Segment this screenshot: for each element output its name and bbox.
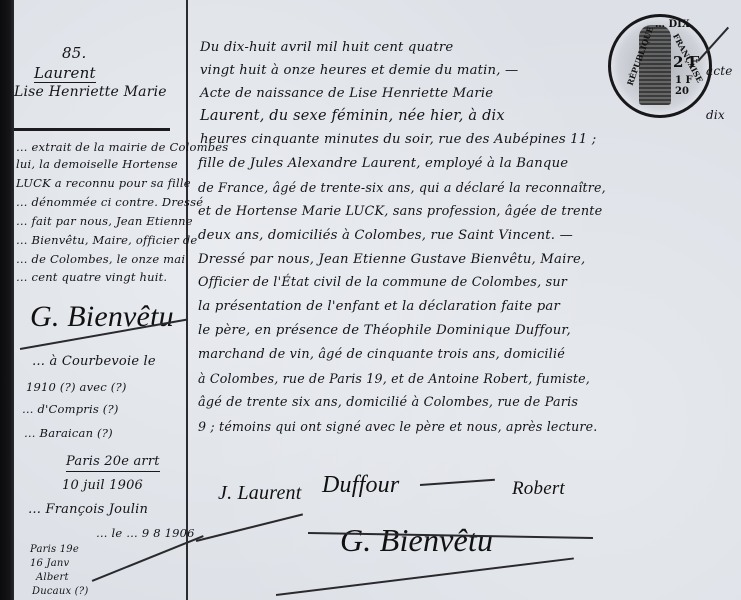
body-line: Laurent, du sexe féminin, née hier, à di… <box>200 108 505 124</box>
mention-line: Ducaux (?) <box>32 582 88 600</box>
body-line: Acte de naissance de Lise Henriette Mari… <box>200 86 493 101</box>
stamp-top-text: … DIX <box>655 19 690 30</box>
margin-note-line: … dénommée ci contre. Dressé <box>16 193 203 212</box>
body-line: âgé de trente six ans, domicilié à Colom… <box>198 395 578 410</box>
body-line: Du dix-huit avril mil huit cent quatre <box>200 40 453 55</box>
mention-line: … d'Compris (?) <box>22 400 119 419</box>
margin-note-signature: G. Bienvêtu <box>30 300 174 334</box>
stamp-value: 2 F <box>673 53 699 71</box>
body-line: 9 ; témoins qui ont signé avec le père e… <box>198 419 597 434</box>
signature-underline <box>276 557 574 595</box>
margin-note-line: … Bienvêtu, Maire, officier de <box>16 231 197 250</box>
body-line: à Colombes, rue de Paris 19, et de Antoi… <box>198 371 590 386</box>
margin-header-rule <box>14 128 170 131</box>
signature-flourish <box>420 479 495 486</box>
body-line: marchand de vin, âgé de cinquante trois … <box>198 347 565 362</box>
body-line: fille de Jules Alexandre Laurent, employ… <box>198 156 568 171</box>
body-line: deux ans, domiciliés à Colombes, rue Sai… <box>198 228 573 243</box>
margin-note-line: … de Colombes, le onze mai <box>16 250 185 269</box>
document-page: 85. Laurent Lise Henriette Marie … extra… <box>0 0 741 600</box>
body-line: heures cinquante minutes du soir, rue de… <box>200 132 596 147</box>
signature-witness-robert: Robert <box>512 478 565 500</box>
margin-given-names: Lise Henriette Marie <box>14 84 167 100</box>
mention-line: … le … 9 8 1906 <box>96 524 195 543</box>
fiscal-stamp: RÉPUBLIQUE FRANÇAISE … DIX 2 F 1 F 20 <box>608 14 712 118</box>
body-line: le père, en présence de Théophile Domini… <box>198 323 571 338</box>
body-line: la présentation de l'enfant et la déclar… <box>198 299 560 314</box>
margin-surname: Laurent <box>34 64 96 83</box>
mention-line: … François Joulin <box>28 500 148 519</box>
mention-line: 10 juil 1906 <box>62 476 143 495</box>
margin-note-line: LUCK a reconnu pour sa fille <box>16 174 191 193</box>
mention-line: 1910 (?) avec (?) <box>26 378 127 397</box>
margin-note-line: … fait par nous, Jean Etienne <box>16 212 193 231</box>
signature-father: J. Laurent <box>218 482 301 505</box>
mention-line: Paris 20e arrt <box>66 452 160 472</box>
body-line: Officier de l'État civil de la commune d… <box>198 275 567 290</box>
body-line: Dressé par nous, Jean Etienne Gustave Bi… <box>198 252 585 267</box>
body-line: vingt huit à onze heures et demie du mat… <box>200 63 518 78</box>
column-divider <box>186 0 188 600</box>
signature-mayor: G. Bienvêtu <box>340 522 493 559</box>
mention-line: … à Courbevoie le <box>32 352 156 371</box>
mention-line: … Baraican (?) <box>24 424 113 443</box>
signature-witness-duffour: Duffour <box>322 472 399 499</box>
right-margin-word: dix <box>706 108 725 122</box>
margin-note-line: … cent quatre vingt huit. <box>16 268 167 287</box>
signature-flourish <box>196 513 303 541</box>
margin-note-line: lui, la demoiselle Hortense <box>16 155 178 174</box>
stamp-sub-value: 1 F 20 <box>675 75 709 97</box>
scan-dark-edge <box>0 0 14 600</box>
body-line: et de Hortense Marie LUCK, sans professi… <box>198 204 602 219</box>
body-line: de France, âgé de trente-six ans, qui a … <box>198 180 606 195</box>
entry-number: 85. <box>62 44 86 62</box>
